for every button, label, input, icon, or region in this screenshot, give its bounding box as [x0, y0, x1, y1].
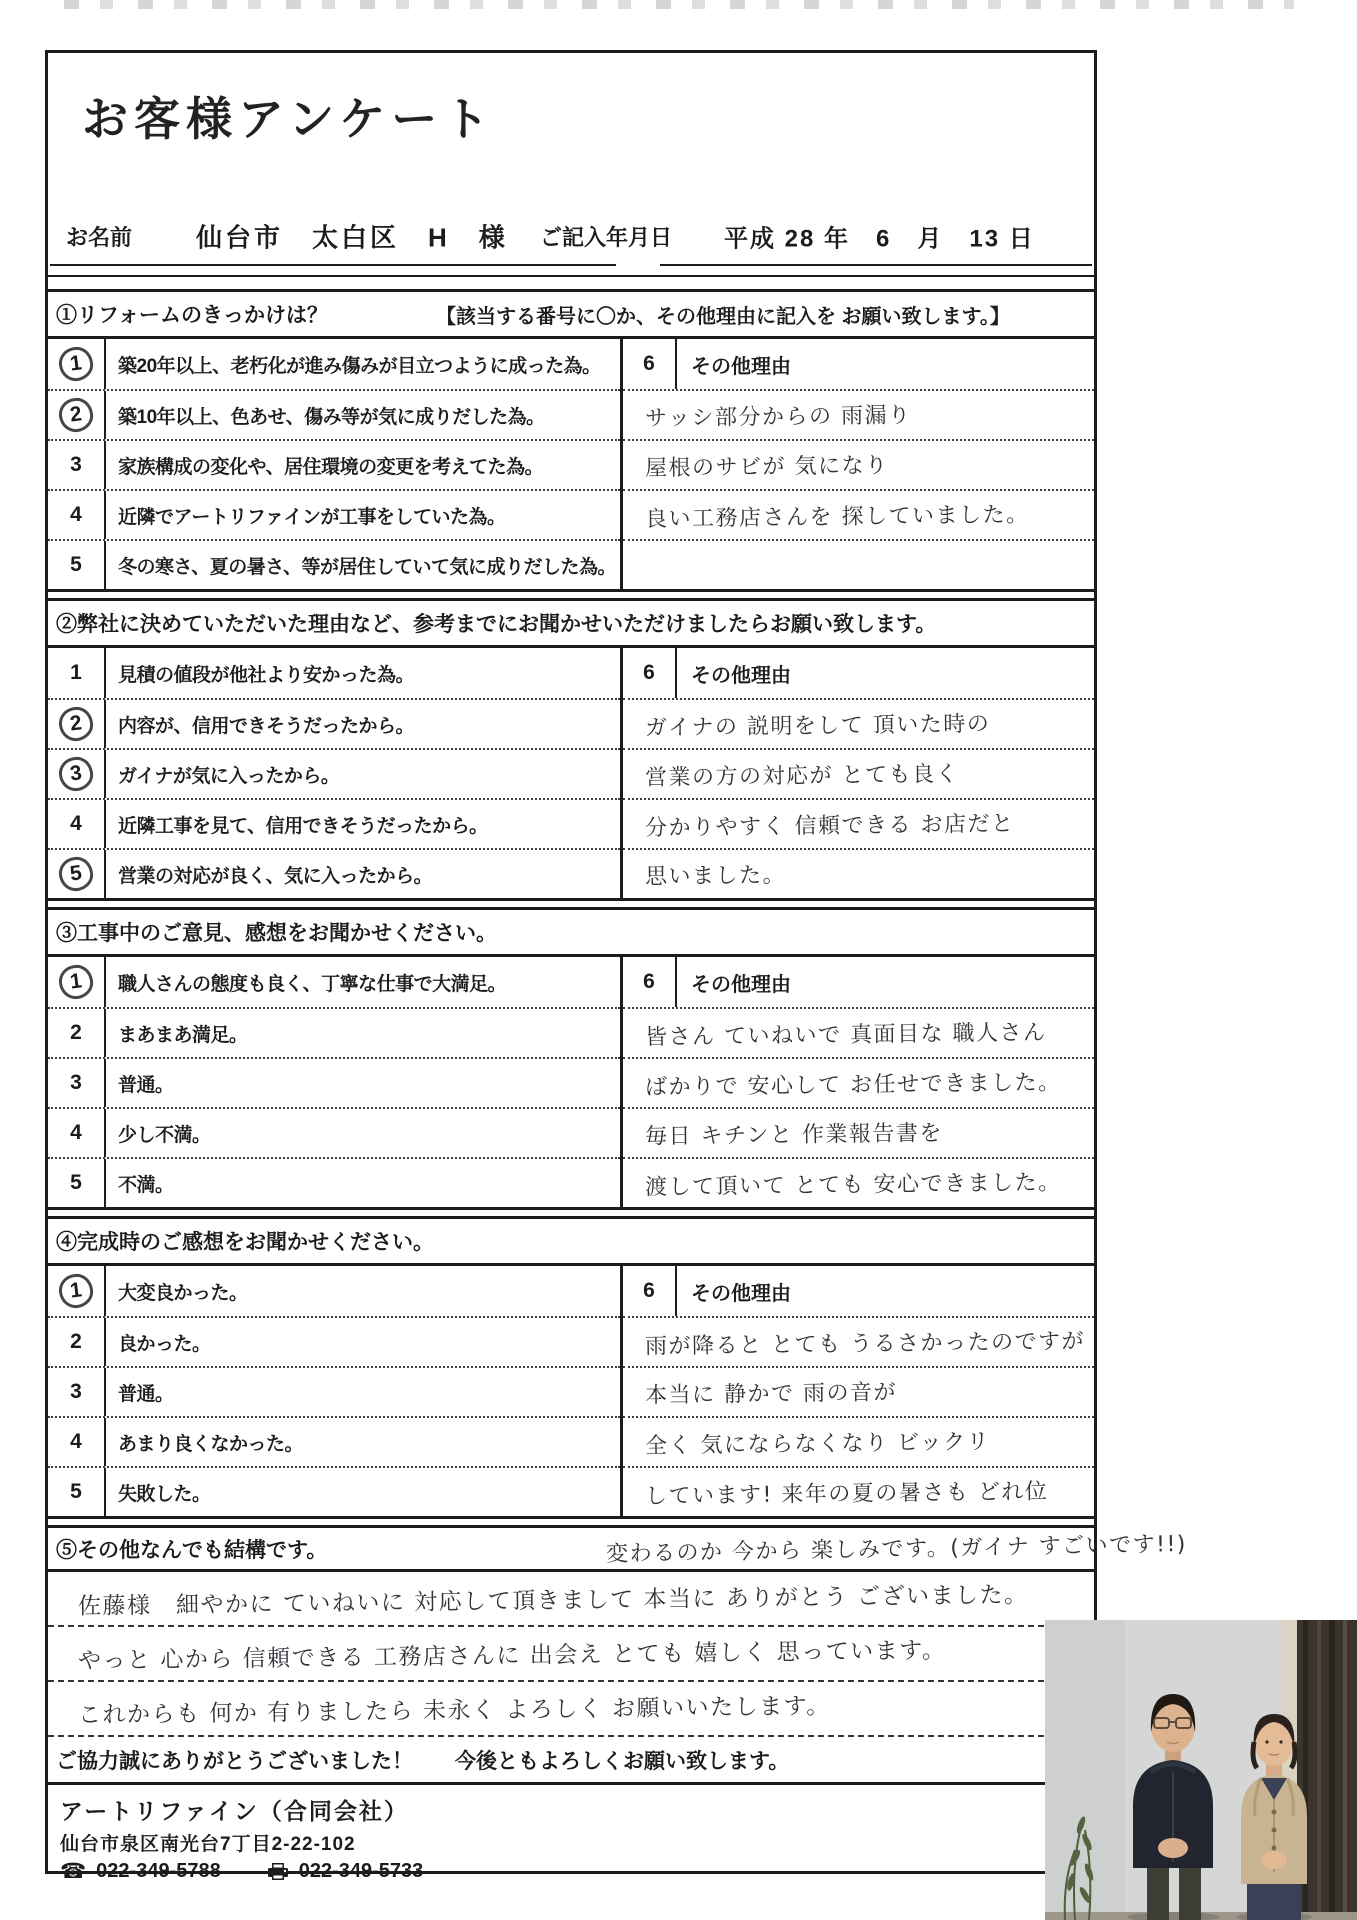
handwriting-row: 営業の方の対応が とても良く	[623, 748, 1094, 798]
handwritten-comment: やっと 心から 信頼できる 工務店さんに 出会え とても 嬉しく 思っています。	[78, 1632, 947, 1676]
section1-note: 【該当する番号に〇か、その他理由に記入を お願い致します。】	[436, 300, 1010, 329]
option-row: 2 内容が、信用できそうだったから。	[48, 698, 620, 748]
section3-options: 1 職人さんの態度も良く、丁寧な仕事で大満足。 2 まあまあ満足。 3 普通。 …	[48, 957, 620, 1207]
handwritten-answer: 屋根のサビが 気になり	[623, 448, 889, 482]
fax-number: 022-349-5733	[299, 1860, 424, 1883]
option-number: 4	[59, 807, 93, 841]
handwriting-row	[623, 539, 1094, 589]
handwriting-row: 良い工務店さんを 探していました。	[623, 489, 1094, 539]
option-label: 失敗した。	[118, 1479, 211, 1506]
section2-table: 1 見積の値段が他社より安かった為。 2 内容が、信用できそうだったから。 3 …	[48, 645, 1094, 901]
option-number-cell: 4	[48, 1418, 106, 1466]
name-value: 仙台市 太白区 H 様	[196, 218, 508, 255]
option-number: 4	[59, 1425, 93, 1459]
other-header-row: 6 その他理由	[623, 1266, 1094, 1316]
option-number: 5	[59, 1475, 93, 1509]
handwriting-row: 毎日 キチンと 作業報告書を	[623, 1107, 1094, 1157]
section1-options: 1 築20年以上、老朽化が進み傷みが目立つように成った為。 2 築10年以上、色…	[48, 339, 620, 589]
other-header-row: 6 その他理由	[623, 339, 1094, 389]
option-label: 職人さんの態度も良く、丁寧な仕事で大満足。	[118, 969, 506, 996]
option-number: 1	[57, 345, 95, 383]
handwritten-answer-overflow: 変わるのか 今から 楽しみです。(ガイナ すごいです!!)	[606, 1527, 1187, 1568]
handwritten-answer: 思いました。	[623, 858, 786, 891]
handwritten-answer: 毎日 キチンと 作業報告書を	[623, 1116, 943, 1151]
option-row: 2 築10年以上、色あせ、傷み等が気に成りだした為。	[48, 389, 620, 439]
handwriting-row: 全く 気にならなくなり ビックリ	[623, 1416, 1094, 1466]
handwritten-answer: 良い工務店さんを 探していました。	[623, 497, 1030, 533]
option-number: 4	[59, 1116, 93, 1150]
free-comment-line: やっと 心から 信頼できる 工務店さんに 出会え とても 嬉しく 思っています。	[48, 1627, 1094, 1682]
option-row: 5 営業の対応が良く、気に入ったから。	[48, 848, 620, 898]
handwritten-answer: 渡して頂いて とても 安心できました。	[623, 1165, 1062, 1201]
option-number-cell: 1	[48, 1266, 106, 1316]
other-number: 6	[632, 656, 666, 690]
option-number-cell: 1	[48, 957, 106, 1007]
option-row: 3 家族構成の変化や、居住環境の変更を考えてた為。	[48, 439, 620, 489]
option-row: 4 近隣工事を見て、信用できそうだったから。	[48, 798, 620, 848]
option-number-cell: 4	[48, 1109, 106, 1157]
option-label: 普通。	[118, 1379, 174, 1406]
option-label: 家族構成の変化や、居住環境の変更を考えてた為。	[118, 452, 543, 479]
option-number-cell: 3	[48, 441, 106, 489]
other-label: その他理由	[677, 1266, 791, 1316]
option-number: 3	[59, 1375, 93, 1409]
scan-artifact-strip	[64, 0, 1294, 9]
option-label: 大変良かった。	[118, 1278, 248, 1305]
name-label: お名前	[66, 221, 132, 252]
option-row: 5 不満。	[48, 1157, 620, 1207]
handwritten-answer: ガイナの 説明をして 頂いた時の	[623, 706, 991, 741]
option-row: 2 まあまあ満足。	[48, 1007, 620, 1057]
option-number: 3	[59, 448, 93, 482]
option-number: 1	[59, 656, 93, 690]
company-footer: アートリファイン（合同会社） 仙台市泉区南光台7丁目2-22-102 ☎ 022…	[48, 1785, 1094, 1871]
option-label: 不満。	[118, 1170, 174, 1197]
handwritten-answer: 分かりやすく 信頼できる お店だと	[623, 806, 1015, 842]
option-label: 築20年以上、老朽化が進み傷みが目立つように成った為。	[118, 351, 601, 378]
other-label: その他理由	[677, 648, 791, 698]
section1-header: ①リフォームのきっかけは？ 【該当する番号に〇か、その他理由に記入を お願い致し…	[48, 289, 1094, 336]
handwriting-row: 雨が降ると とても うるさかったのですが	[623, 1316, 1094, 1366]
option-row: 4 あまり良くなかった。	[48, 1416, 620, 1466]
option-row: 4 近隣でアートリファインが工事をしていた為。	[48, 489, 620, 539]
handwriting-row: 屋根のサビが 気になり	[623, 439, 1094, 489]
option-label: 営業の対応が良く、気に入ったから。	[118, 861, 432, 888]
date-value: 平成 28 年 6 月 13 日	[724, 219, 1035, 254]
option-row: 5 失敗した。	[48, 1466, 620, 1516]
section4-options: 1 大変良かった。 2 良かった。 3 普通。 4 あまり良くなかった。 5	[48, 1266, 620, 1516]
section2-heading: ②弊社に決めていただいた理由など、参考までにお聞かせいただけましたらお願い致しま…	[56, 608, 936, 638]
title-row: お客様アンケート	[48, 53, 1094, 203]
option-row: 2 良かった。	[48, 1316, 620, 1366]
option-row: 3 普通。	[48, 1366, 620, 1416]
option-row: 4 少し不満。	[48, 1107, 620, 1157]
option-number: 2	[57, 705, 95, 743]
handwritten-answer: しています! 来年の夏の暑さも どれ位	[623, 1474, 1049, 1510]
option-number-cell: 2	[48, 391, 106, 439]
option-number-cell: 4	[48, 800, 106, 848]
option-row: 1 職人さんの態度も良く、丁寧な仕事で大満足。	[48, 957, 620, 1007]
handwritten-answer: 営業の方の対応が とても良く	[623, 756, 959, 791]
section1-heading: ①リフォームのきっかけは？	[56, 299, 328, 329]
handwriting-row: 分かりやすく 信頼できる お店だと	[623, 798, 1094, 848]
option-number-cell: 1	[48, 339, 106, 389]
option-number-cell: 2	[48, 1009, 106, 1057]
other-label: その他理由	[677, 339, 791, 389]
option-number: 3	[59, 1066, 93, 1100]
option-number: 2	[59, 1016, 93, 1050]
option-number: 5	[59, 1166, 93, 1200]
handwritten-answer: ばかりで 安心して お任せできました。	[623, 1065, 1062, 1101]
option-number-cell: 2	[48, 700, 106, 748]
option-label: 少し不満。	[118, 1120, 211, 1147]
option-number-cell: 3	[48, 1368, 106, 1416]
handwritten-answer: 雨が降ると とても うるさかったのですが	[623, 1324, 1085, 1361]
option-number-cell: 2	[48, 1318, 106, 1366]
option-row: 1 築20年以上、老朽化が進み傷みが目立つように成った為。	[48, 339, 620, 389]
section4-other-column: 6 その他理由 雨が降ると とても うるさかったのですが 本当に 静かで 雨の音…	[620, 1266, 1094, 1516]
section3-heading: ③工事中のご意見、感想をお聞かせください。	[56, 917, 497, 947]
option-label: まあまあ満足。	[118, 1020, 248, 1047]
option-number: 1	[57, 963, 95, 1001]
option-number: 1	[57, 1272, 95, 1310]
other-number: 6	[632, 965, 666, 999]
thanks-row: ご協力誠にありがとうございました！ 今後ともよろしくお願い致します。	[48, 1737, 1094, 1785]
page-title: お客様アンケート	[82, 83, 1094, 149]
handwritten-answer: サッシ部分からの 雨漏り	[623, 398, 912, 433]
name-fill-line	[50, 264, 616, 266]
section2-other-column: 6 その他理由 ガイナの 説明をして 頂いた時の 営業の方の対応が とても良く …	[620, 648, 1094, 898]
other-header-row: 6 その他理由	[623, 957, 1094, 1007]
company-name: アートリファイン（合同会社）	[60, 1793, 1094, 1826]
option-label: 近隣でアートリファインが工事をしていた為。	[118, 502, 506, 529]
option-number-cell: 3	[48, 1059, 106, 1107]
free-comment-line: これからも 何か 有りましたら 未永く よろしく お願いいたします。	[48, 1682, 1094, 1737]
option-label: 見積の値段が他社より安かった為。	[118, 660, 414, 687]
option-row: 1 見積の値段が他社より安かった為。	[48, 648, 620, 698]
option-label: あまり良くなかった。	[118, 1429, 303, 1456]
handwriting-row: 渡して頂いて とても 安心できました。	[623, 1157, 1094, 1207]
option-number-cell: 5	[48, 850, 106, 898]
option-number-cell: 1	[48, 648, 106, 698]
section1-table: 1 築20年以上、老朽化が進み傷みが目立つように成った為。 2 築10年以上、色…	[48, 336, 1094, 592]
option-label: 築10年以上、色あせ、傷み等が気に成りだした為。	[118, 402, 545, 429]
handwriting-row: ばかりで 安心して お任せできました。	[623, 1057, 1094, 1107]
other-number: 6	[632, 1274, 666, 1308]
handwritten-answer: 本当に 静かで 雨の音が	[623, 1375, 897, 1409]
section4-header: ④完成時のご感想をお聞かせください。	[48, 1216, 1094, 1263]
section5-header: ⑤その他なんでも結構です。 変わるのか 今から 楽しみです。(ガイナ すごいです…	[48, 1525, 1094, 1572]
handwriting-row: ガイナの 説明をして 頂いた時の	[623, 698, 1094, 748]
thanks-text: ご協力誠にありがとうございました！ 今後ともよろしくお願い致します。	[56, 1745, 789, 1775]
option-number: 3	[57, 755, 95, 793]
option-row: 5 冬の寒さ、夏の暑さ、等が居住していて気に成りだした為。	[48, 539, 620, 589]
option-label: 良かった。	[118, 1329, 211, 1356]
handwritten-comment: これからも 何か 有りましたら 未永く よろしく お願いいたします。	[78, 1687, 831, 1729]
section3-table: 1 職人さんの態度も良く、丁寧な仕事で大満足。 2 まあまあ満足。 3 普通。 …	[48, 954, 1094, 1210]
handwritten-answer: 全く 気にならなくなり ビックリ	[623, 1424, 990, 1459]
option-row: 3 ガイナが気に入ったから。	[48, 748, 620, 798]
handwriting-row: しています! 来年の夏の暑さも どれ位	[623, 1466, 1094, 1516]
other-header-row: 6 その他理由	[623, 648, 1094, 698]
handwriting-row: 皆さん ていねいで 真面目な 職人さん	[623, 1007, 1094, 1057]
option-label: ガイナが気に入ったから。	[118, 761, 339, 788]
handwritten-answer: 皆さん ていねいで 真面目な 職人さん	[623, 1015, 1047, 1051]
other-number: 6	[632, 347, 666, 381]
option-number: 5	[57, 855, 95, 893]
option-number: 5	[59, 548, 93, 582]
option-number-cell: 5	[48, 1159, 106, 1207]
free-comment-line: 佐藤様 細やかに ていねいに 対応して頂きまして 本当に ありがとう ございまし…	[48, 1572, 1094, 1627]
option-label: 普通。	[118, 1070, 174, 1097]
name-date-row: お名前 仙台市 太白区 H 様 ご記入年月日 平成 28 年 6 月 13 日	[48, 203, 1094, 277]
company-phones: ☎ 022-349-5788 022-349-5733	[60, 1860, 1094, 1883]
option-row: 3 普通。	[48, 1057, 620, 1107]
handwritten-comment: 佐藤様 細やかに ていねいに 対応して頂きまして 本当に ありがとう ございまし…	[78, 1576, 1029, 1621]
option-row: 1 大変良かった。	[48, 1266, 620, 1316]
date-label: ご記入年月日	[540, 221, 672, 252]
section2-options: 1 見積の値段が他社より安かった為。 2 内容が、信用できそうだったから。 3 …	[48, 648, 620, 898]
option-number-cell: 3	[48, 750, 106, 798]
date-fill-line	[660, 264, 1092, 266]
tel-number: 022-349-5788	[96, 1860, 221, 1883]
handwriting-row: 本当に 静かで 雨の音が	[623, 1366, 1094, 1416]
photo-illustration	[1045, 1620, 1357, 1920]
option-number-cell: 5	[48, 541, 106, 589]
option-label: 内容が、信用できそうだったから。	[118, 711, 414, 738]
option-number-cell: 5	[48, 1468, 106, 1516]
option-number: 2	[57, 396, 95, 434]
survey-form: お客様アンケート お名前 仙台市 太白区 H 様 ご記入年月日 平成 28 年 …	[45, 50, 1097, 1874]
fax-icon	[267, 1863, 289, 1881]
section1-other-column: 6 その他理由 サッシ部分からの 雨漏り 屋根のサビが 気になり 良い工務店さん…	[620, 339, 1094, 589]
phone-icon: ☎	[60, 1861, 86, 1882]
option-label: 近隣工事を見て、信用できそうだったから。	[118, 811, 488, 838]
option-label: 冬の寒さ、夏の暑さ、等が居住していて気に成りだした為。	[118, 552, 616, 579]
option-number: 2	[59, 1325, 93, 1359]
section3-other-column: 6 その他理由 皆さん ていねいで 真面目な 職人さん ばかりで 安心して お任…	[620, 957, 1094, 1207]
handwriting-row: 思いました。	[623, 848, 1094, 898]
other-label: その他理由	[677, 957, 791, 1007]
section4-table: 1 大変良かった。 2 良かった。 3 普通。 4 あまり良くなかった。 5	[48, 1263, 1094, 1519]
customer-photo	[1045, 1620, 1357, 1920]
option-number-cell: 4	[48, 491, 106, 539]
section2-header: ②弊社に決めていただいた理由など、参考までにお聞かせいただけましたらお願い致しま…	[48, 598, 1094, 645]
company-address: 仙台市泉区南光台7丁目2-22-102	[60, 1829, 1094, 1856]
scanned-survey-page: お客様アンケート お名前 仙台市 太白区 H 様 ご記入年月日 平成 28 年 …	[0, 0, 1357, 1920]
section4-heading: ④完成時のご感想をお聞かせください。	[56, 1226, 434, 1256]
free-comments-area: 佐藤様 細やかに ていねいに 対応して頂きまして 本当に ありがとう ございまし…	[48, 1572, 1094, 1737]
handwriting-row: サッシ部分からの 雨漏り	[623, 389, 1094, 439]
section3-header: ③工事中のご意見、感想をお聞かせください。	[48, 907, 1094, 954]
option-number: 4	[59, 498, 93, 532]
section5-heading: ⑤その他なんでも結構です。	[56, 1534, 327, 1564]
